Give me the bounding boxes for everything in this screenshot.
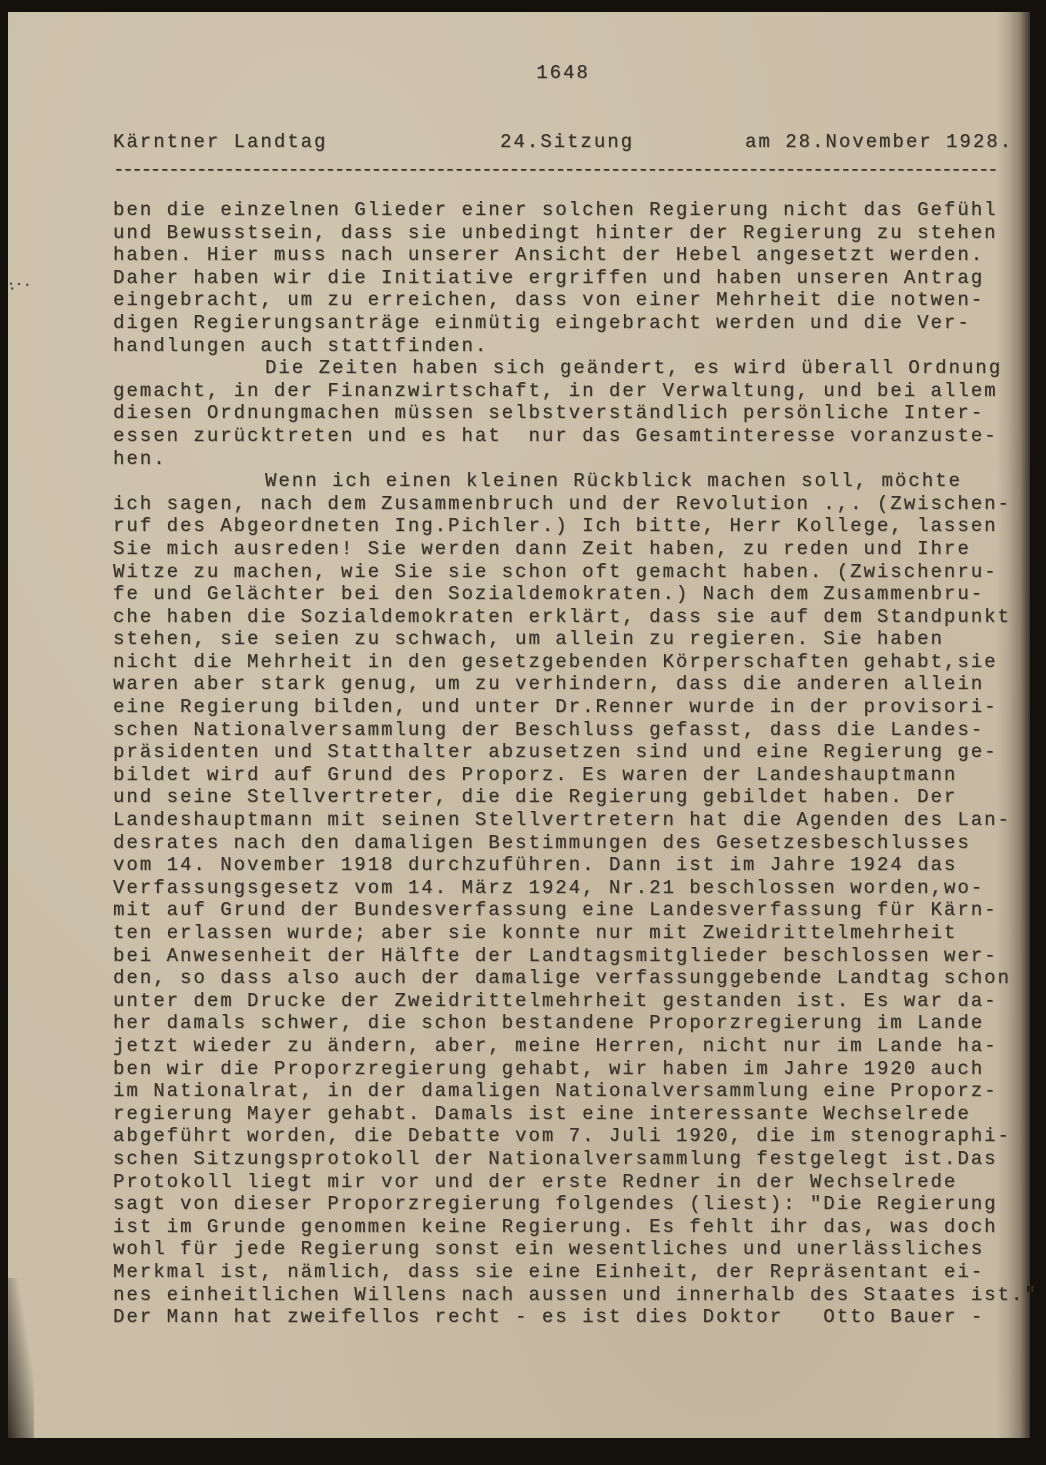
paragraph: ben die einzelnen Glieder einer solchen …: [113, 199, 1031, 357]
header-session-number: 24.Sitzung: [500, 131, 634, 154]
header-date: am 28.November 1928.: [745, 131, 1013, 154]
page-number: 1648: [113, 62, 1013, 85]
paragraph: Die Zeiten haben sich geändert, es wird …: [113, 357, 1031, 470]
body-text: ben die einzelnen Glieder einer solchen …: [113, 199, 1031, 1329]
margin-ink-mark: :·.: [7, 278, 32, 311]
header-separator-rule: ----------------------------------------…: [113, 159, 1019, 181]
paper: 1648 Kärntner Landtag 24.Sitzung am 28.N…: [8, 12, 1030, 1438]
page-header: Kärntner Landtag 24.Sitzung am 28.Novemb…: [113, 131, 1023, 155]
header-institution: Kärntner Landtag: [113, 131, 327, 154]
paragraph: Wenn ich einen kleinen Rückblick machen …: [113, 470, 1031, 1329]
scanned-document-page: { "document": { "page_number": "1648", "…: [0, 0, 1046, 1465]
